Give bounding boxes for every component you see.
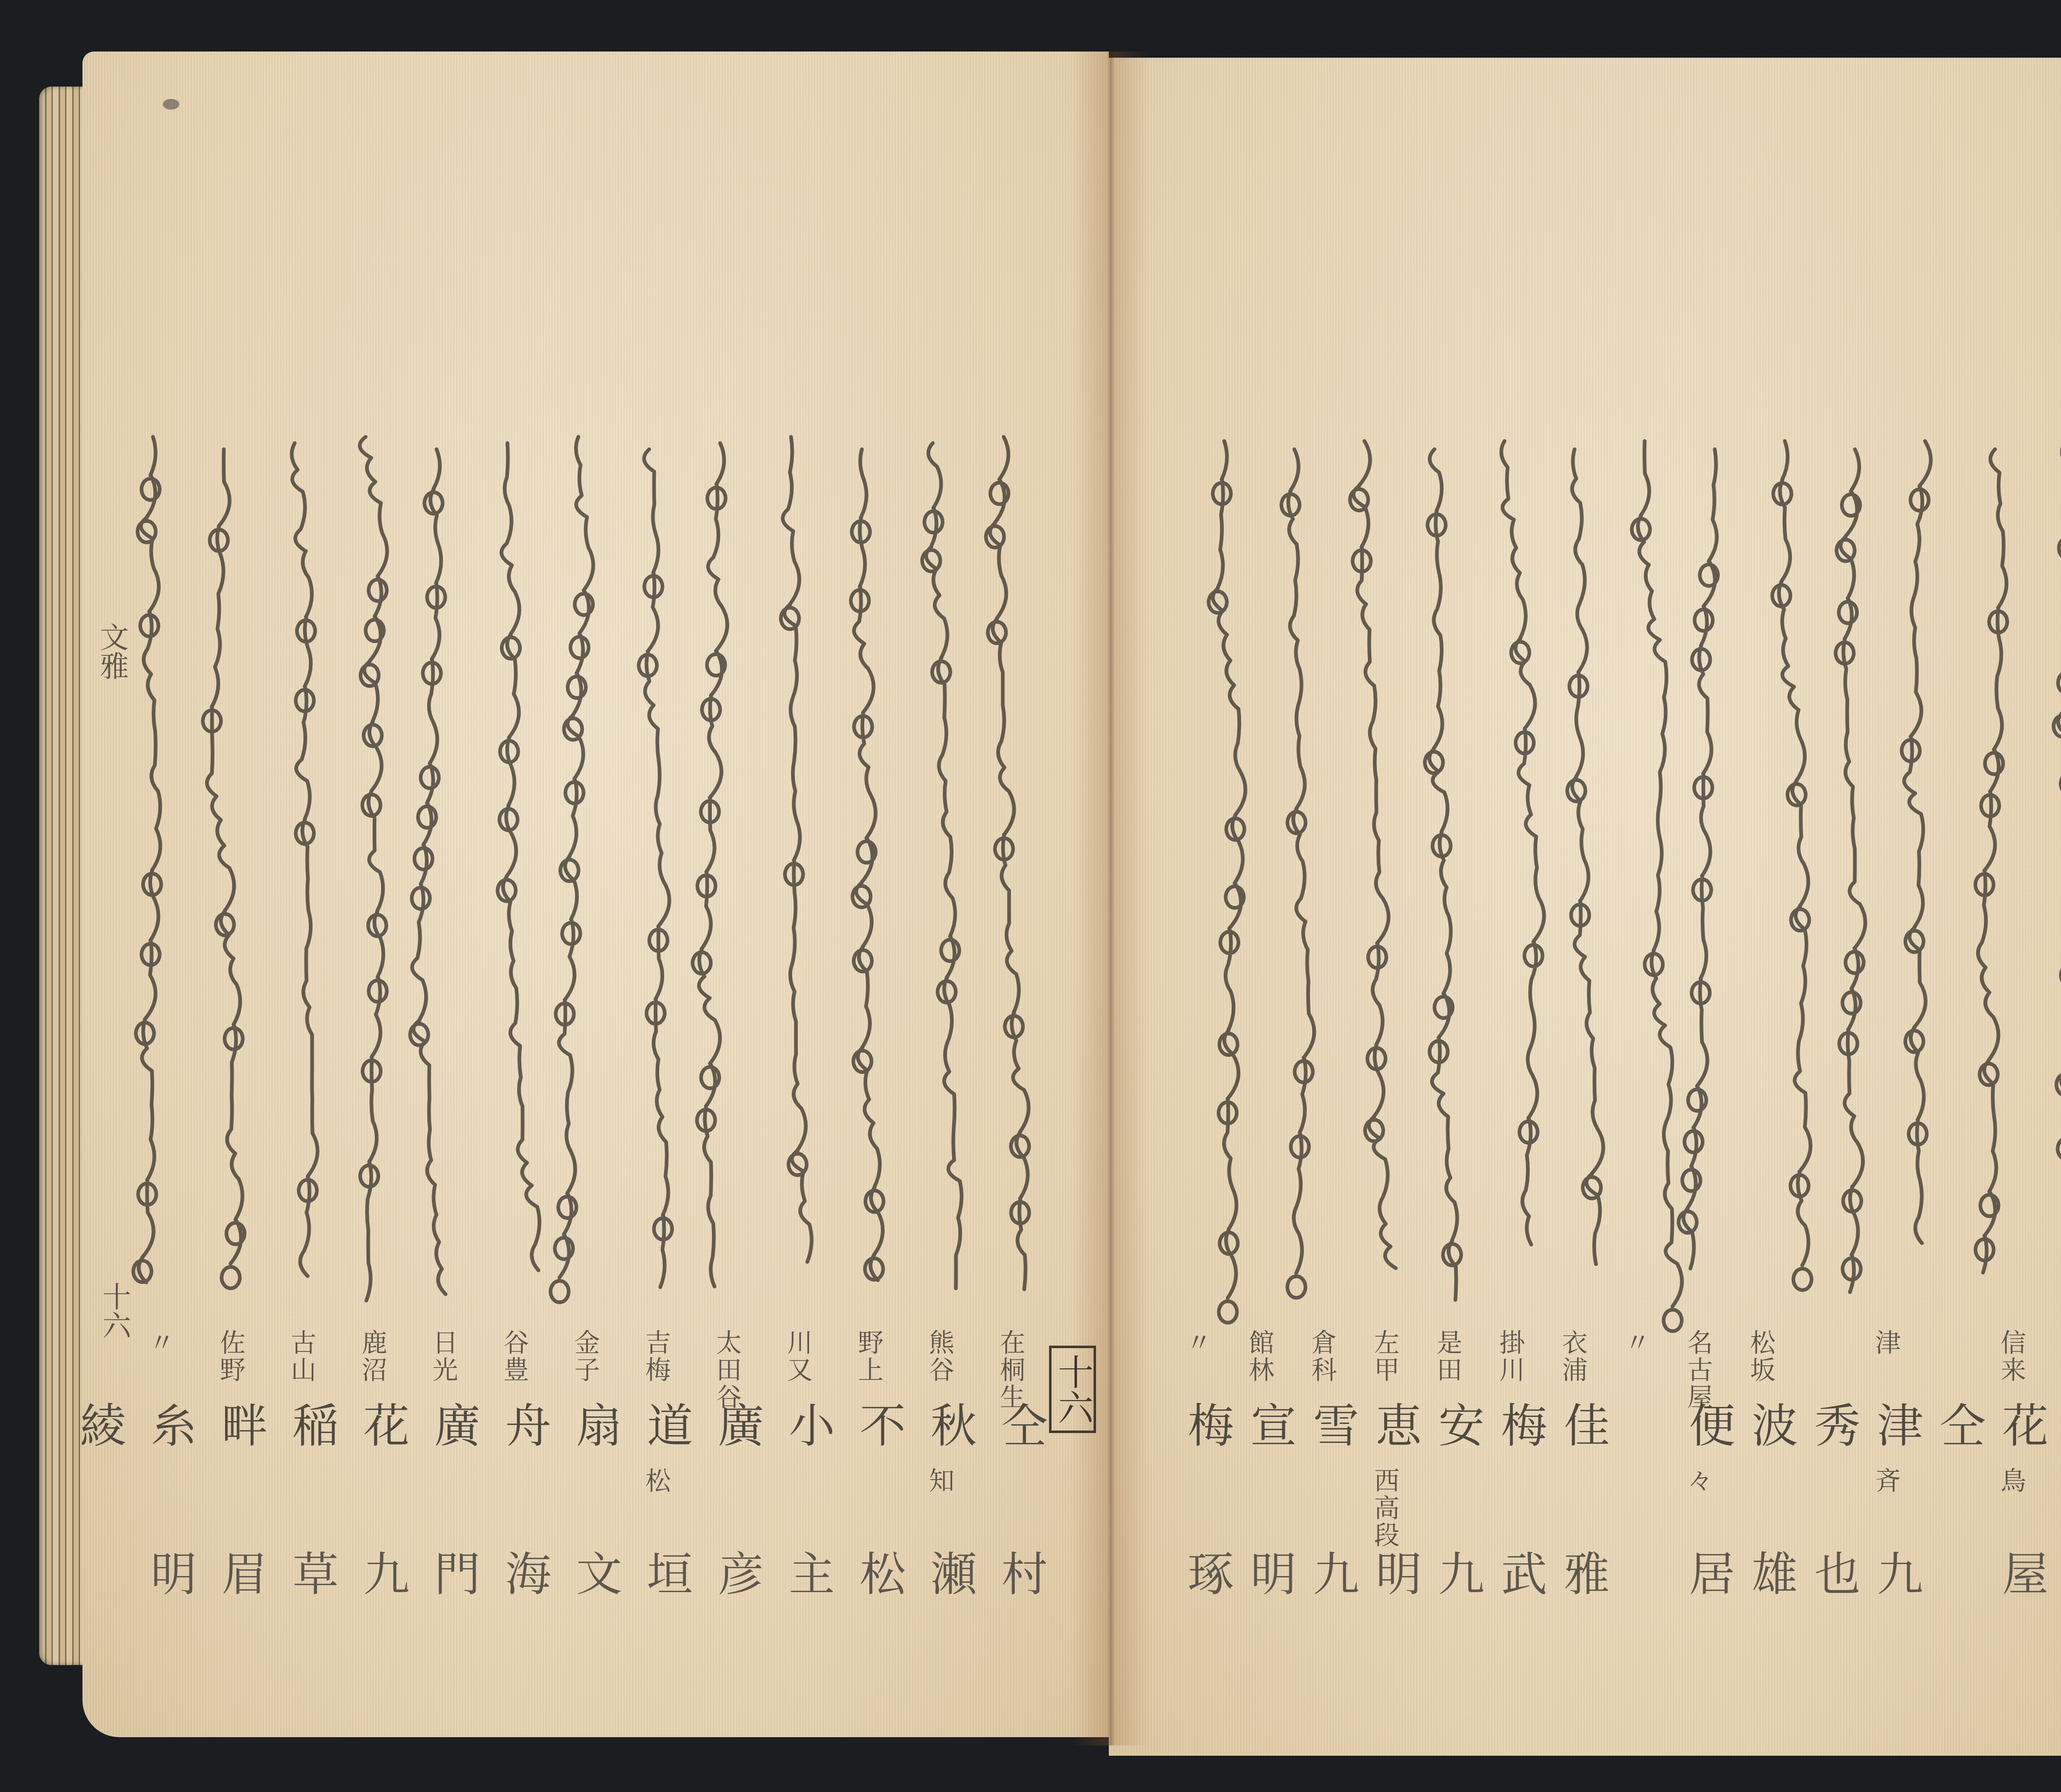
place-label: 倉科	[1309, 1329, 1335, 1384]
given-name: 秋	[927, 1401, 973, 1447]
given-name: 廣	[714, 1401, 760, 1447]
given-name: 綾	[76, 1401, 122, 1447]
given-name: 仝	[1936, 1401, 1982, 1447]
given-name: 畔	[218, 1401, 264, 1447]
name-annotation: 鳥	[1998, 1467, 2024, 1494]
place-label: 吉梅	[643, 1329, 669, 1384]
given-name: 仝	[998, 1401, 1044, 1447]
name-suffix: 明	[147, 1550, 193, 1596]
name-suffix: 琢	[1184, 1550, 1230, 1596]
place-label: 熊谷	[927, 1329, 952, 1384]
name-suffix: 垣	[643, 1550, 689, 1596]
place-label: 〃	[1622, 1329, 1648, 1356]
given-name: 花	[1998, 1401, 2045, 1447]
name-annotation: 西高段	[1372, 1467, 1397, 1549]
place-label: 古山	[289, 1329, 314, 1384]
place-label: 川又	[785, 1329, 810, 1384]
name-suffix: 松	[856, 1550, 902, 1596]
place-label: 野上	[856, 1329, 881, 1384]
name-suffix: 九	[1434, 1550, 1481, 1596]
place-label: 館林	[1246, 1329, 1272, 1384]
place-label: 〃	[1184, 1329, 1209, 1356]
name-annotation: 々	[1685, 1467, 1711, 1494]
place-label: 左甲	[1372, 1329, 1397, 1384]
place-label: 名古屋	[1685, 1329, 1711, 1411]
cursive-manuscript-text	[0, 0, 2061, 1792]
given-name: 宣	[1246, 1401, 1293, 1447]
name-suffix: 瀬	[927, 1550, 973, 1596]
name-suffix: 海	[501, 1550, 547, 1596]
name-suffix: 也	[1810, 1550, 1857, 1596]
place-label: 太田谷	[714, 1329, 739, 1411]
given-name: 不	[856, 1401, 902, 1447]
name-suffix: 彦	[714, 1550, 760, 1596]
name-suffix: 屋	[1998, 1550, 2045, 1596]
place-label: 鹿沼	[359, 1329, 385, 1384]
place-label: 松坂	[1748, 1329, 1773, 1384]
given-name: 稲	[289, 1401, 335, 1447]
name-suffix: 眉	[218, 1550, 264, 1596]
given-name: 廣	[430, 1401, 477, 1447]
place-label: 谷豊	[501, 1329, 527, 1384]
name-suffix: 草	[289, 1550, 335, 1596]
given-name: 道	[643, 1401, 689, 1447]
name-suffix: 文	[572, 1550, 618, 1596]
name-suffix: 雅	[1560, 1550, 1606, 1596]
place-label: 掛川	[1497, 1329, 1523, 1384]
name-suffix: 居	[1685, 1550, 1731, 1596]
name-suffix: 門	[430, 1550, 477, 1596]
place-label: 在桐生	[998, 1329, 1023, 1411]
name-suffix: 明	[1246, 1550, 1293, 1596]
name-suffix: 九	[359, 1550, 406, 1596]
given-name: 舟	[501, 1401, 547, 1447]
given-name: 梅	[1184, 1401, 1230, 1447]
place-label: 衣浦	[1560, 1329, 1585, 1384]
name-annotation: 斉	[1873, 1467, 1899, 1494]
name-suffix: 九	[1873, 1550, 1919, 1596]
given-name: 津	[1873, 1401, 1919, 1447]
given-name: 恵	[1372, 1401, 1418, 1447]
place-label: 津	[1873, 1329, 1899, 1356]
given-name: 安	[1434, 1401, 1481, 1447]
name-suffix: 九	[1309, 1550, 1355, 1596]
place-label: 日光	[430, 1329, 456, 1384]
given-name: 扇	[572, 1401, 618, 1447]
given-name: 小	[785, 1401, 831, 1447]
name-annotation: 知	[927, 1467, 952, 1494]
given-name: 梅	[1497, 1401, 1543, 1447]
place-label: 〃	[147, 1329, 172, 1356]
place-label: 信来	[1998, 1329, 2024, 1384]
name-suffix: 雄	[1748, 1550, 1794, 1596]
given-name: 佳	[1560, 1401, 1606, 1447]
given-name: 波	[1748, 1401, 1794, 1447]
place-label: 金子	[572, 1329, 598, 1384]
place-label: 佐野	[218, 1329, 243, 1384]
given-name: 花	[359, 1401, 406, 1447]
place-label: 是田	[1434, 1329, 1460, 1384]
given-name: 便	[1685, 1401, 1731, 1447]
name-suffix: 主	[785, 1550, 831, 1596]
given-name: 糸	[147, 1401, 193, 1447]
name-annotation: 松	[643, 1467, 669, 1494]
given-name: 雪	[1309, 1401, 1355, 1447]
given-name: 秀	[1810, 1401, 1857, 1447]
name-suffix: 武	[1497, 1550, 1543, 1596]
name-suffix: 村	[998, 1550, 1044, 1596]
name-suffix: 明	[1372, 1550, 1418, 1596]
